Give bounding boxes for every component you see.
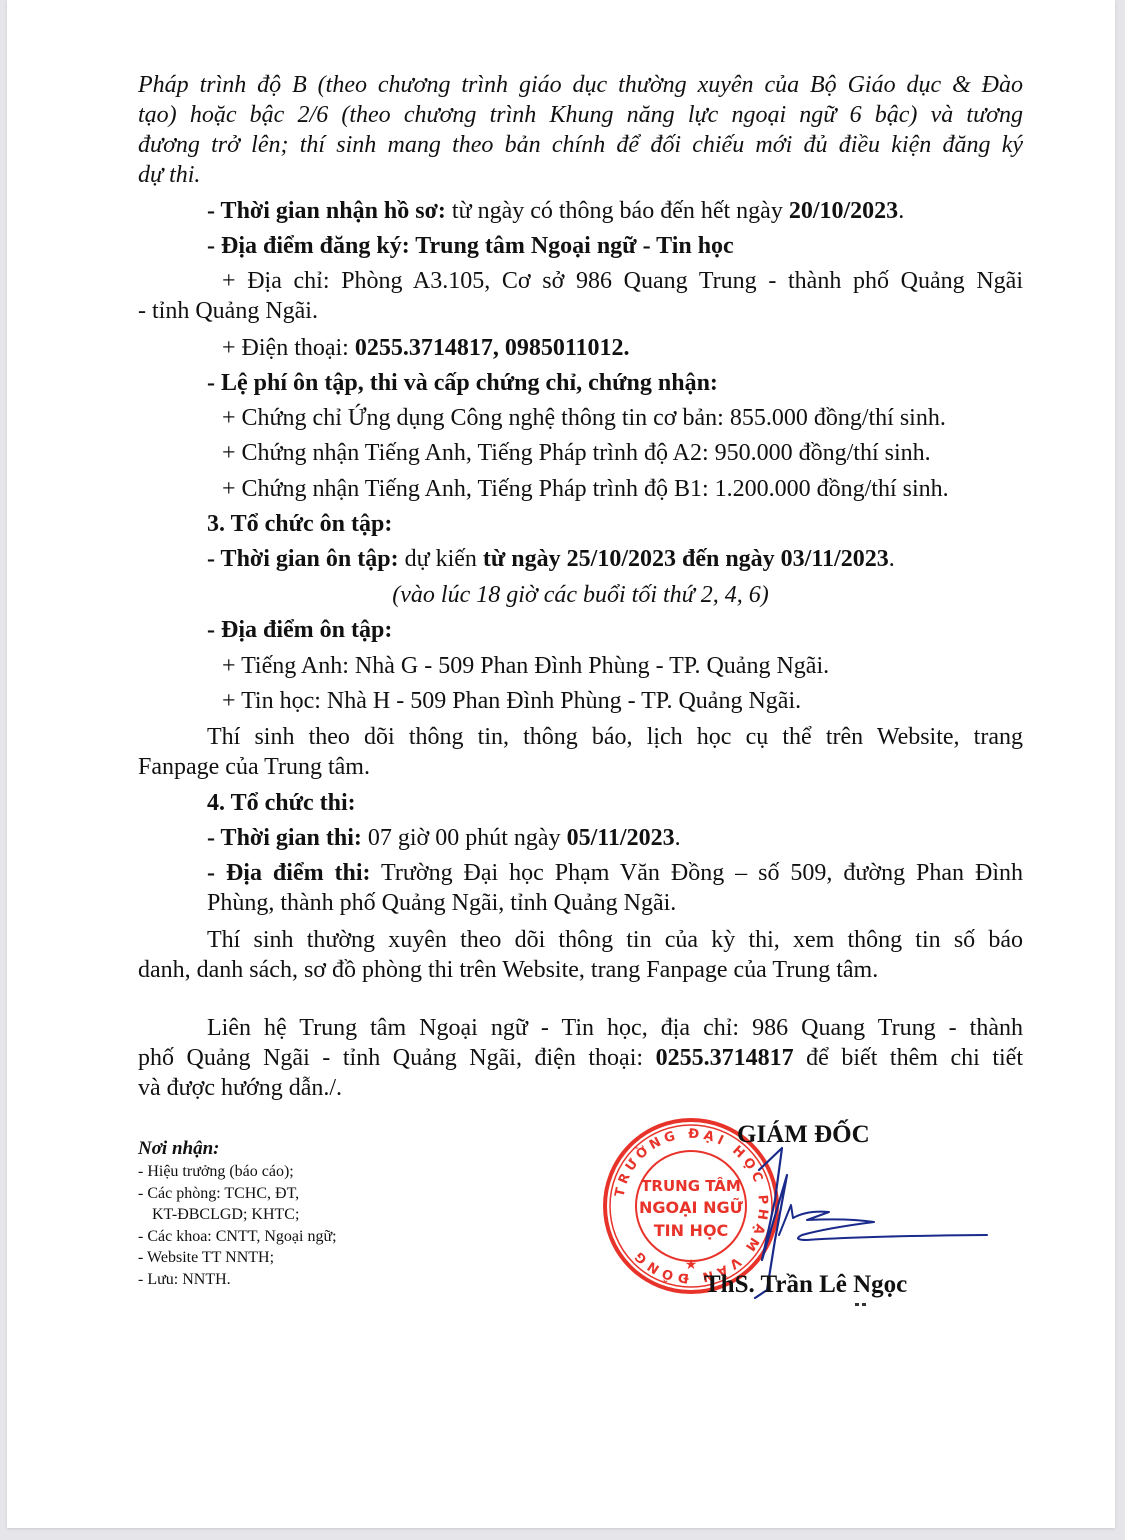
registration-deadline: - Thời gian nhận hồ sơ: từ ngày có thông… <box>207 196 904 226</box>
contact-pre: phố Quảng Ngãi - tỉnh Quảng Ngãi, điện t… <box>138 1045 656 1071</box>
cutoff-text-fragment <box>855 1303 873 1307</box>
exam-location-label: - Địa điểm thi: <box>207 860 371 886</box>
intro-line-4: dự thi. <box>138 160 200 190</box>
fees-heading: - Lệ phí ôn tập, thi và cấp chứng chỉ, c… <box>207 368 718 398</box>
review-location-heading: - Địa điểm ôn tập: <box>207 615 392 645</box>
contact-phone: 0255.3714817 <box>656 1045 794 1071</box>
review-time-dates: từ ngày 25/10/2023 đến ngày 03/11/2023 <box>483 546 889 572</box>
exam-time-end: . <box>675 825 681 851</box>
fee-item: + Chứng chỉ Ứng dụng Công nghệ thông tin… <box>222 403 946 433</box>
recipient-item: - Các khoa: CNTT, Ngoại ngữ; <box>138 1226 337 1248</box>
recipient-item: - Hiệu trưởng (báo cáo); <box>138 1161 337 1183</box>
review-location-item: + Tin học: Nhà H - 509 Phan Đình Phùng -… <box>222 686 801 716</box>
recipients-block: Nơi nhận: - Hiệu trưởng (báo cáo); - Các… <box>138 1137 337 1290</box>
review-follow-line-2: Fanpage của Trung tâm. <box>138 752 370 782</box>
registration-address-line-2: - tỉnh Quảng Ngãi. <box>138 296 318 326</box>
deadline-end: . <box>898 198 904 224</box>
review-location-item: + Tiếng Anh: Nhà G - 509 Phan Đình Phùng… <box>222 651 829 681</box>
review-time-end: . <box>889 546 895 572</box>
phone-numbers: 0255.3714817, 0985011012. <box>355 335 630 361</box>
fee-item: + Chứng nhận Tiếng Anh, Tiếng Pháp trình… <box>222 438 931 468</box>
review-time: - Thời gian ôn tập: dự kiến từ ngày 25/1… <box>207 544 895 574</box>
recipients-heading: Nơi nhận: <box>138 1137 337 1161</box>
deadline-label: - Thời gian nhận hồ sơ: <box>207 198 446 224</box>
contact-line-1: Liên hệ Trung tâm Ngoại ngữ - Tin học, đ… <box>207 1013 1023 1043</box>
review-follow-line-1: Thí sinh theo dõi thông tin, thông báo, … <box>207 722 1023 752</box>
contact-post: để biết thêm chi tiết <box>794 1045 1023 1071</box>
recipient-item: - Lưu: NNTH. <box>138 1269 337 1291</box>
svg-text:NGOẠI NGỮ: NGOẠI NGỮ <box>639 1198 744 1217</box>
exam-time-label: - Thời gian thi: <box>207 825 362 851</box>
review-time-pre: dự kiến <box>399 546 483 572</box>
review-schedule-note: (vào lúc 18 giờ các buổi tối thứ 2, 4, 6… <box>138 580 1023 610</box>
recipient-item: - Website TT NNTH; <box>138 1247 337 1269</box>
exam-follow-line-1: Thí sinh thường xuyên theo dõi thông tin… <box>207 925 1023 955</box>
contact-line-2: phố Quảng Ngãi - tỉnh Quảng Ngãi, điện t… <box>138 1043 1023 1073</box>
exam-time: - Thời gian thi: 07 giờ 00 phút ngày 05/… <box>207 823 681 853</box>
exam-time-text: 07 giờ 00 phút ngày <box>362 825 567 851</box>
svg-text:TIN HỌC: TIN HỌC <box>654 1221 729 1240</box>
exam-location-text: Trường Đại học Phạm Văn Đồng – số 509, đ… <box>371 860 1023 886</box>
registration-phone: + Điện thoại: 0255.3714817, 0985011012. <box>222 333 630 363</box>
document-body: Pháp trình độ B (theo chương trình giáo … <box>7 0 1115 1528</box>
exam-location-line-2: Phùng, thành phố Quảng Ngãi, tỉnh Quảng … <box>207 888 676 918</box>
intro-line-1: Pháp trình độ B (theo chương trình giáo … <box>138 70 1023 100</box>
exam-heading: 4. Tổ chức thi: <box>207 788 356 818</box>
exam-follow-line-2: danh, danh sách, sơ đồ phòng thi trên We… <box>138 955 878 985</box>
review-heading: 3. Tổ chức ôn tập: <box>207 509 392 539</box>
phone-label: + Điện thoại: <box>222 335 355 361</box>
intro-line-3: đương trở lên; thí sinh mang theo bản ch… <box>138 130 1023 160</box>
intro-line-2: tạo) hoặc bậc 2/6 (theo chương trình Khu… <box>138 100 1023 130</box>
svg-text:★: ★ <box>685 1257 698 1273</box>
deadline-text: từ ngày có thông báo đến hết ngày <box>446 198 789 224</box>
svg-text:TRUNG TÂM: TRUNG TÂM <box>641 1176 741 1195</box>
registration-location: - Địa điểm đăng ký: Trung tâm Ngoại ngữ … <box>207 231 734 261</box>
recipient-item: - Các phòng: TCHC, ĐT, <box>138 1183 337 1205</box>
deadline-date: 20/10/2023 <box>789 198 898 224</box>
signer-name: ThS. Trần Lê Ngọc <box>704 1270 907 1300</box>
contact-line-3: và được hướng dẫn./. <box>138 1073 342 1103</box>
exam-date: 05/11/2023 <box>567 825 675 851</box>
review-time-label: - Thời gian ôn tập: <box>207 546 399 572</box>
exam-location: - Địa điểm thi: Trường Đại học Phạm Văn … <box>207 858 1023 888</box>
recipient-item: KT-ĐBCLGD; KHTC; <box>138 1204 337 1226</box>
registration-address-line-1: + Địa chỉ: Phòng A3.105, Cơ sở 986 Quang… <box>222 266 1023 296</box>
fee-item: + Chứng nhận Tiếng Anh, Tiếng Pháp trình… <box>222 474 949 504</box>
document-page: Pháp trình độ B (theo chương trình giáo … <box>7 0 1115 1528</box>
